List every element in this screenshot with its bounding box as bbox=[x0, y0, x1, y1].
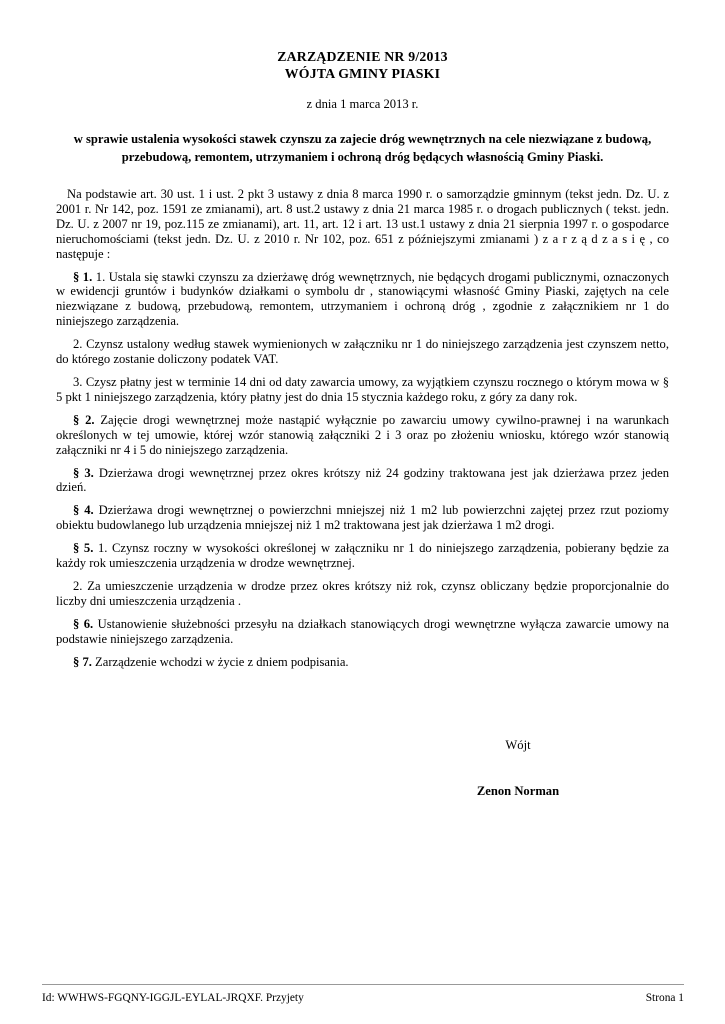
paragraph-text: 2. Czynsz ustalony według stawek wymieni… bbox=[56, 337, 669, 366]
title-line-1: ZARZĄDZENIE NR 9/2013 bbox=[56, 48, 669, 65]
document-subject: w sprawie ustalenia wysokości stawek czy… bbox=[56, 131, 669, 166]
paragraph-lead: § 1. bbox=[73, 270, 92, 284]
paragraph-s1-pkt2: 2. Czynsz ustalony według stawek wymieni… bbox=[56, 337, 669, 367]
document-page: ZARZĄDZENIE NR 9/2013 WÓJTA GMINY PIASKI… bbox=[0, 0, 725, 1024]
paragraph-lead: § 2. bbox=[73, 413, 95, 427]
paragraph-s5-pkt2: 2. Za umieszczenie urządzenia w drodze p… bbox=[56, 579, 669, 609]
paragraph-text: 1. Ustala się stawki czynszu za dzierżaw… bbox=[56, 270, 669, 329]
paragraph-s5: § 5. 1. Czynsz roczny w wysokości określ… bbox=[56, 541, 669, 571]
paragraph-text: Dzierżawa drogi wewnętrznej o powierzchn… bbox=[56, 503, 669, 532]
document-title: ZARZĄDZENIE NR 9/2013 WÓJTA GMINY PIASKI bbox=[56, 48, 669, 82]
paragraph-lead: § 4. bbox=[73, 503, 94, 517]
footer-document-id: Id: WWHWS-FGQNY-IGGJL-EYLAL-JRQXF. Przyj… bbox=[42, 992, 304, 1004]
signature-block: Wójt Zenon Norman bbox=[418, 738, 618, 799]
paragraph-s7: § 7. Zarządzenie wchodzi w życie z dniem… bbox=[56, 655, 669, 670]
paragraph-text: Ustanowienie służebności przesyłu na dzi… bbox=[56, 617, 669, 646]
paragraph-text: 3. Czysz płatny jest w terminie 14 dni o… bbox=[56, 375, 669, 404]
paragraph-text: Zarządzenie wchodzi w życie z dniem podp… bbox=[95, 655, 349, 669]
paragraph-s1: § 1. 1. Ustala się stawki czynszu za dzi… bbox=[56, 270, 669, 330]
paragraph-text: Na podstawie art. 30 ust. 1 i ust. 2 pkt… bbox=[56, 187, 669, 261]
paragraph-text: Dzierżawa drogi wewnętrznej przez okres … bbox=[56, 466, 669, 495]
paragraph-lead: § 5. bbox=[73, 541, 93, 555]
paragraph-text: 1. Czynsz roczny w wysokości określonej … bbox=[56, 541, 669, 570]
title-line-2: WÓJTA GMINY PIASKI bbox=[56, 65, 669, 82]
paragraph-s3: § 3. Dzierżawa drogi wewnętrznej przez o… bbox=[56, 466, 669, 496]
paragraph-lead: § 6. bbox=[73, 617, 93, 631]
paragraph-text: 2. Za umieszczenie urządzenia w drodze p… bbox=[56, 579, 669, 608]
paragraph-s6: § 6. Ustanowienie służebności przesyłu n… bbox=[56, 617, 669, 647]
signature-name: Zenon Norman bbox=[418, 784, 618, 799]
paragraph-text: Zajęcie drogi wewnętrznej może nastąpić … bbox=[56, 413, 669, 457]
signature-role: Wójt bbox=[418, 738, 618, 753]
document-body: Na podstawie art. 30 ust. 1 i ust. 2 pkt… bbox=[56, 187, 669, 669]
paragraph-preamble: Na podstawie art. 30 ust. 1 i ust. 2 pkt… bbox=[56, 187, 669, 262]
footer-page-number: Strona 1 bbox=[646, 992, 684, 1004]
paragraph-s4: § 4. Dzierżawa drogi wewnętrznej o powie… bbox=[56, 503, 669, 533]
paragraph-lead: § 7. bbox=[73, 655, 92, 669]
paragraph-s2: § 2. Zajęcie drogi wewnętrznej może nast… bbox=[56, 413, 669, 458]
page-footer: Id: WWHWS-FGQNY-IGGJL-EYLAL-JRQXF. Przyj… bbox=[42, 984, 684, 1004]
paragraph-s1-pkt3: 3. Czysz płatny jest w terminie 14 dni o… bbox=[56, 375, 669, 405]
document-content: ZARZĄDZENIE NR 9/2013 WÓJTA GMINY PIASKI… bbox=[56, 48, 669, 669]
paragraph-lead: § 3. bbox=[73, 466, 94, 480]
document-date: z dnia 1 marca 2013 r. bbox=[56, 96, 669, 113]
